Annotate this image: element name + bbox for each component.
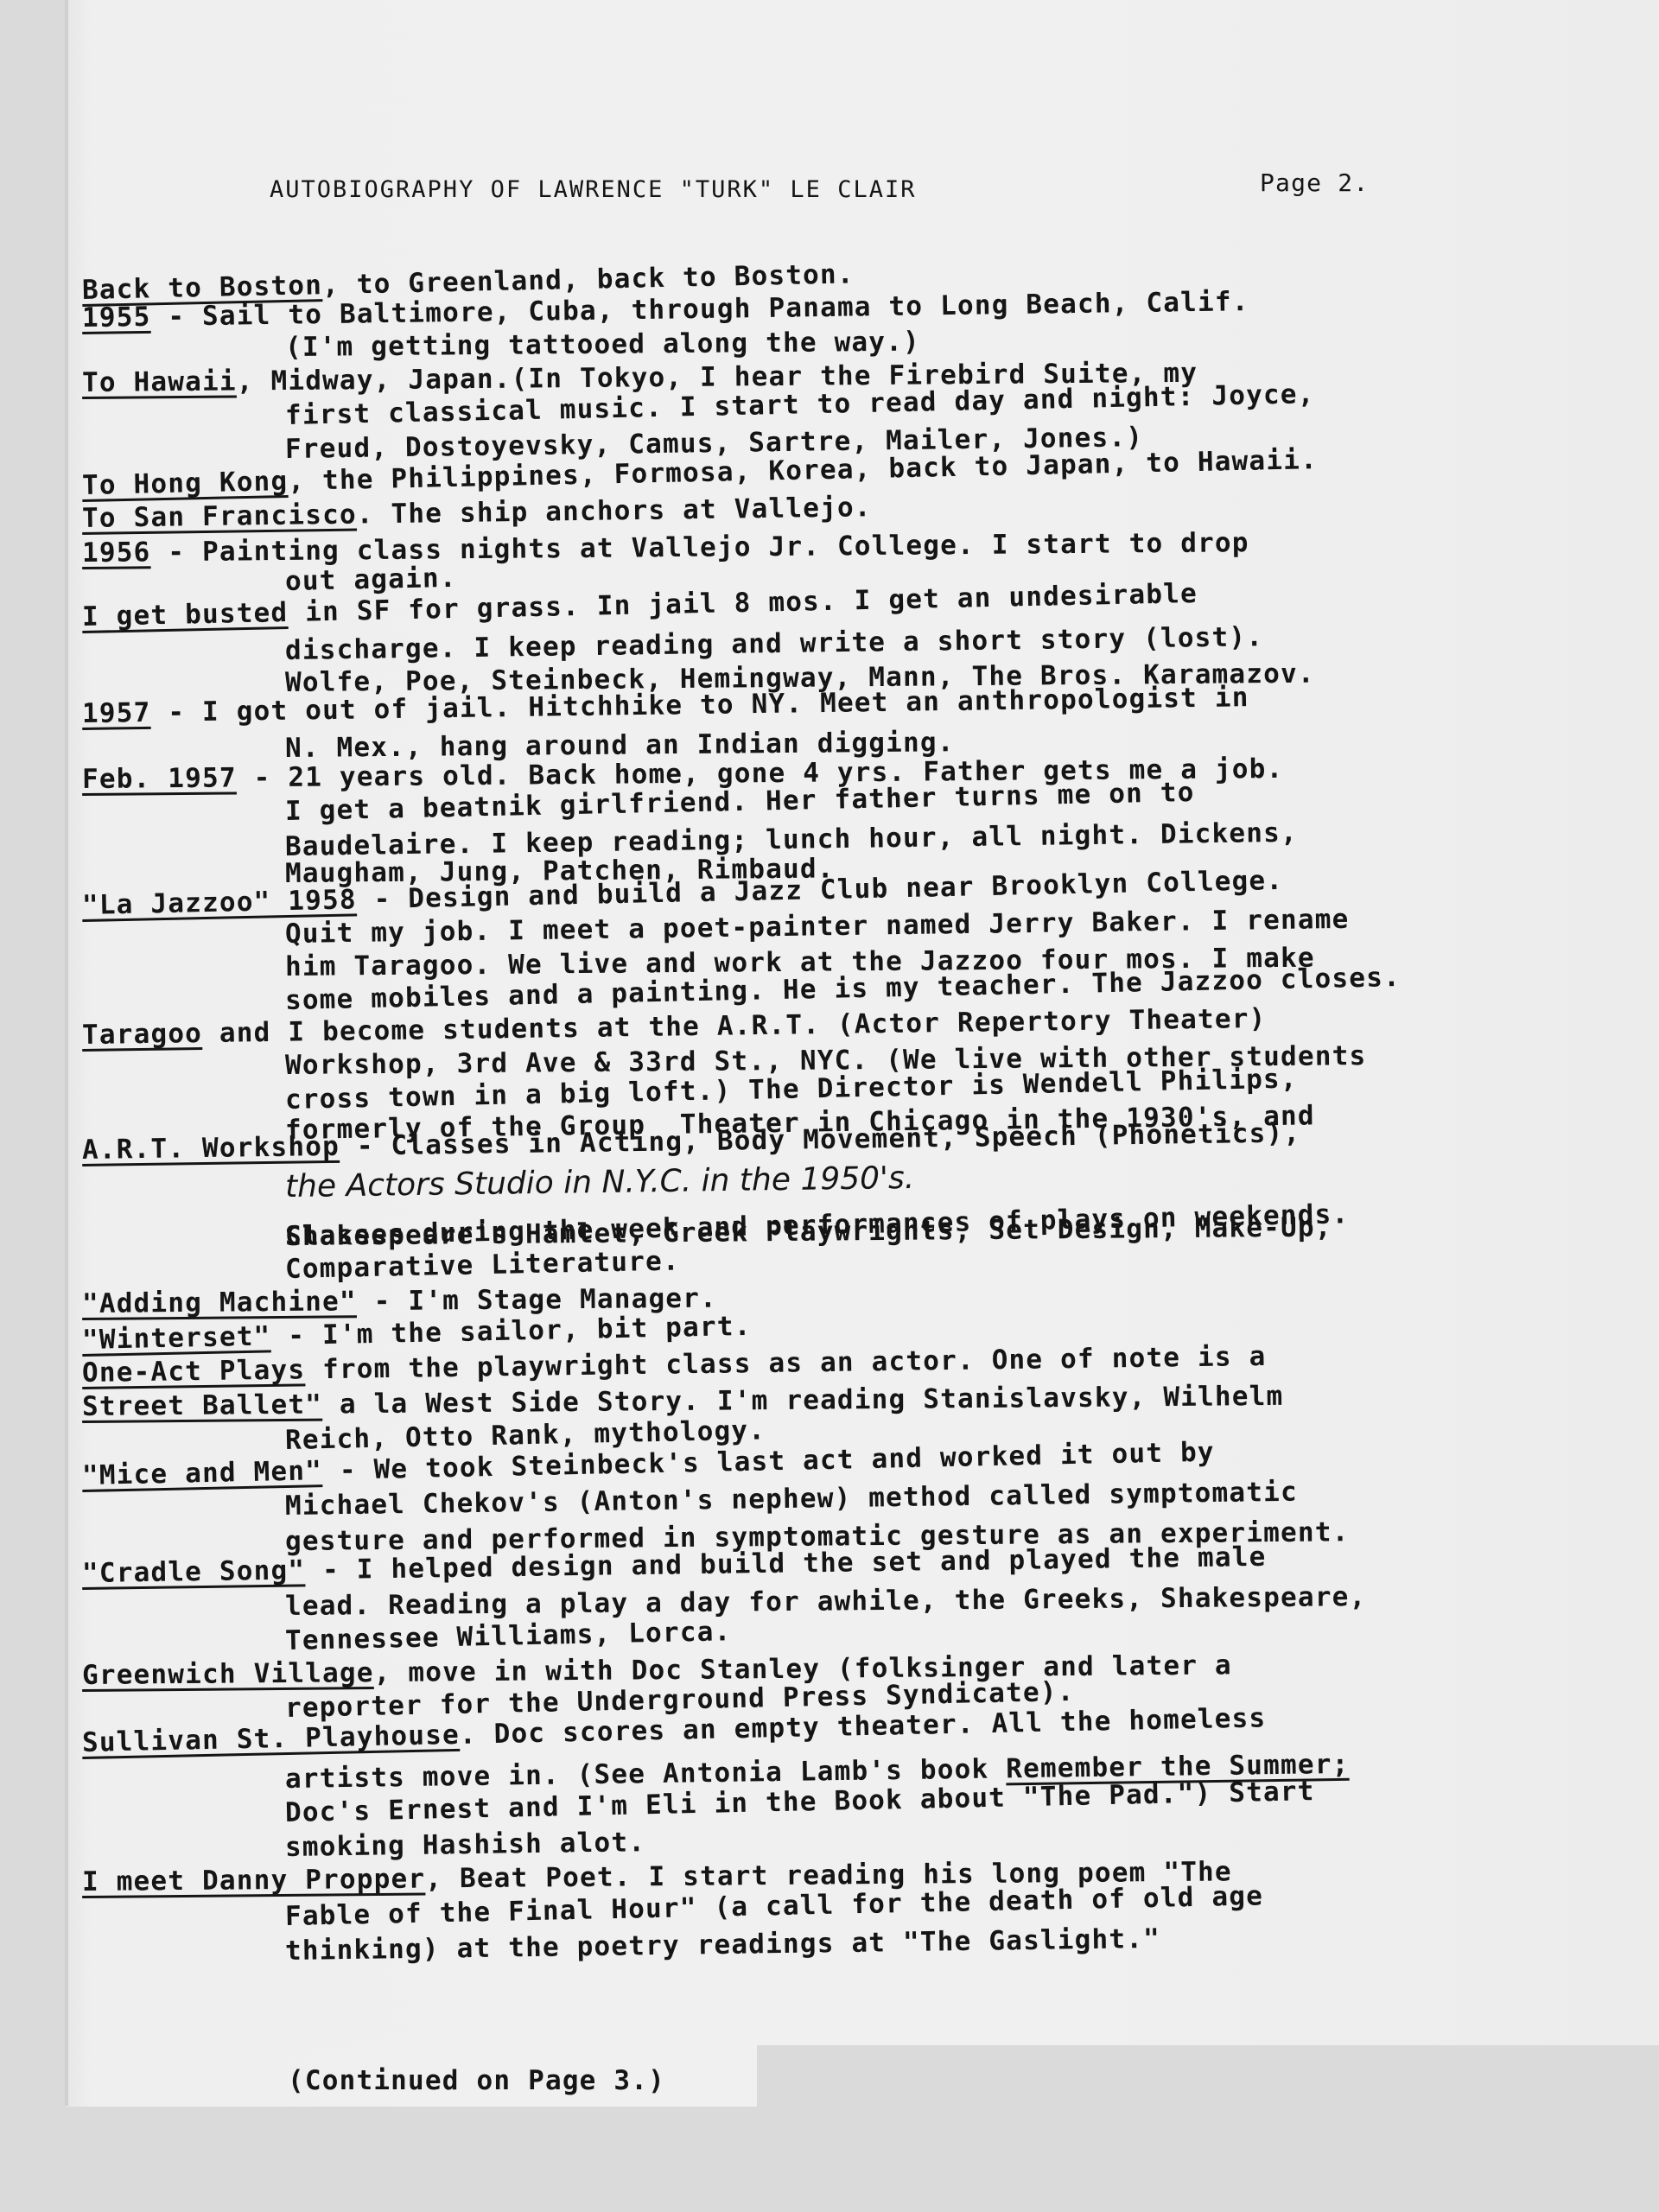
entry-heading: To Hawaii — [82, 365, 237, 398]
entry-heading: Street Ballet" — [82, 1389, 322, 1422]
entry-line: out again. — [285, 563, 457, 597]
entry-line: (I'm getting tattooed along the way.) — [285, 327, 920, 363]
entry-heading: "Winterset" — [82, 1320, 271, 1356]
document-title: AUTOBIOGRAPHY OF LAWRENCE "TURK" LE CLAI… — [270, 175, 916, 206]
entry-heading: 1955 — [82, 302, 151, 334]
paper-edge — [65, 0, 68, 2106]
continued-note: (Continued on Page 3.) — [288, 2065, 665, 2096]
entry-line: smoking Hashish alot. — [285, 1827, 646, 1863]
entry-heading: 1957 — [82, 697, 151, 729]
entry-heading: Feb. 1957 — [82, 762, 237, 795]
entry-heading: Taragoo — [82, 1018, 203, 1051]
entry-heading: I get busted — [82, 597, 289, 632]
entry-heading: "Adding Machine" — [82, 1286, 357, 1319]
entry-heading: To San Francisco — [82, 499, 357, 534]
entry-heading: 1956 — [82, 537, 151, 569]
entry-heading: "Mice and Men" — [82, 1455, 323, 1491]
entry-heading: A.R.T. Workshop — [82, 1131, 340, 1166]
entry-heading: "Cradle Song" — [82, 1554, 306, 1589]
entry-heading: "La Jazzoo" 1958 — [82, 884, 358, 921]
page-number: Page 2. — [1260, 168, 1369, 199]
entry-heading: One-Act Plays — [82, 1354, 306, 1389]
entry-heading: I meet Danny Propper — [82, 1864, 426, 1897]
entry-heading: To Hong Kong — [82, 466, 289, 501]
entry-heading: Greenwich Village — [82, 1657, 374, 1691]
